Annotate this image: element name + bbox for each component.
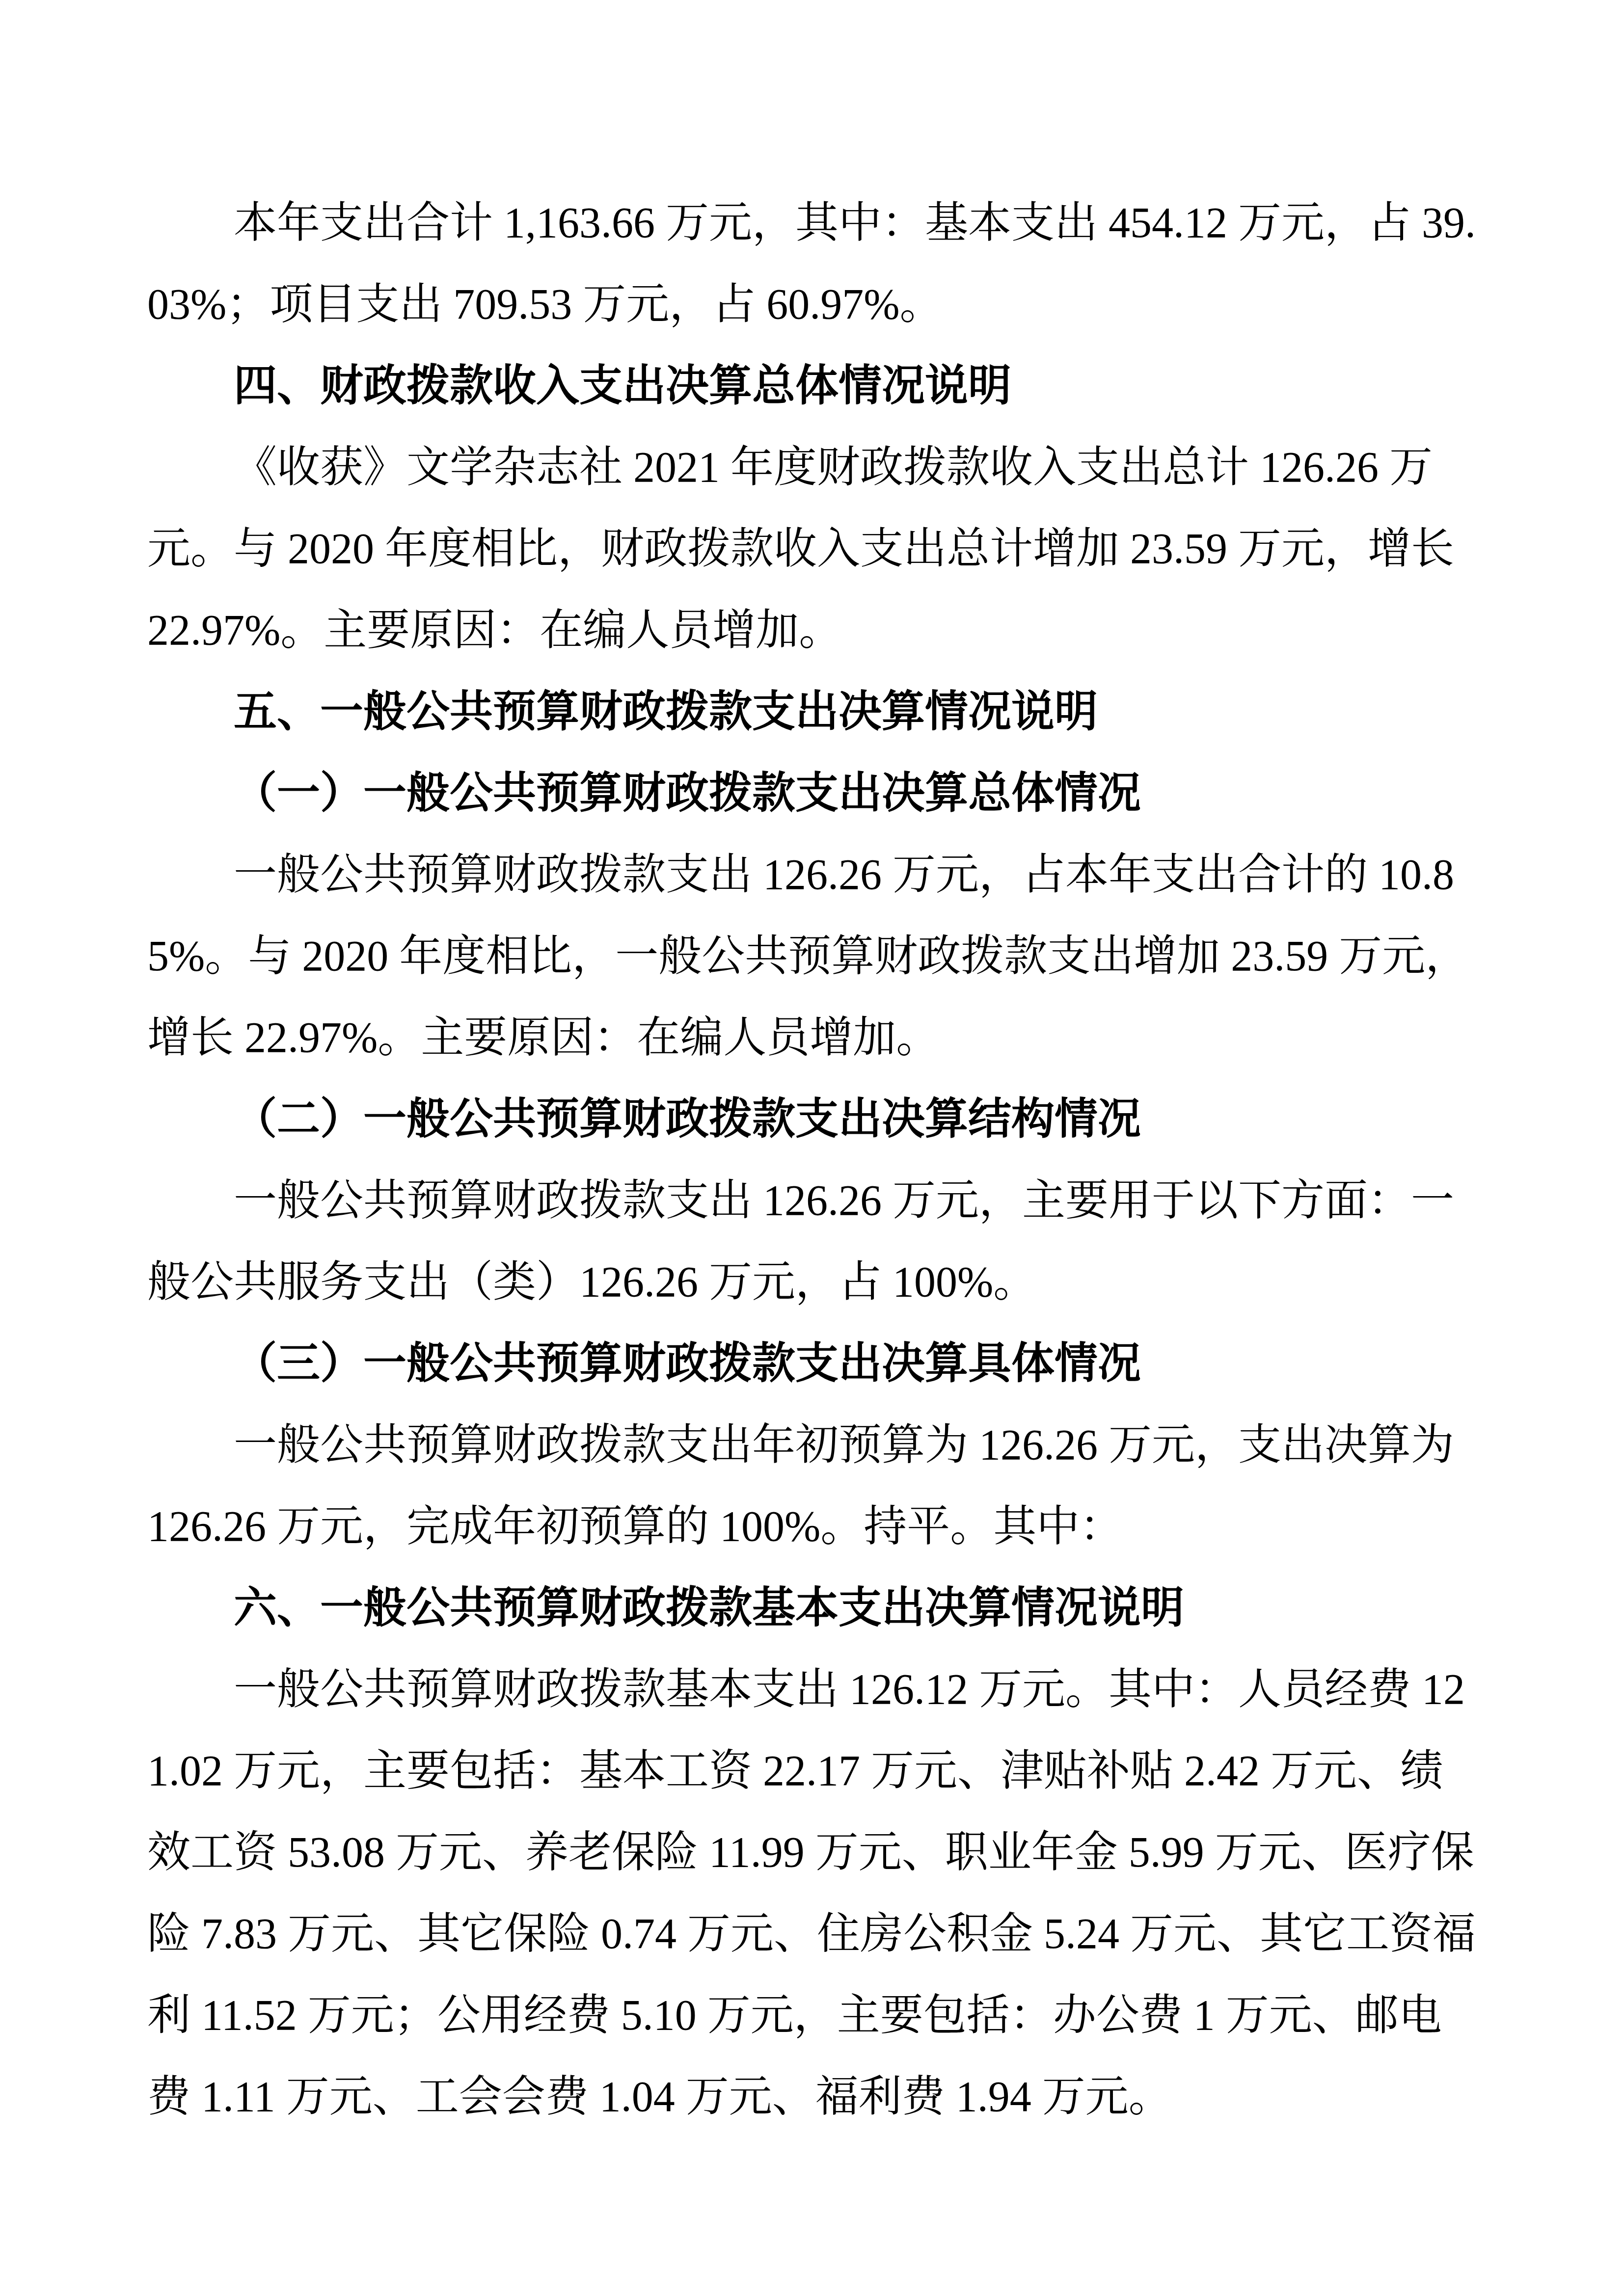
paragraph-general-budget-overall: 一般公共预算财政拨款支出 126.26 万元，占本年支出合计的 10.85%。与… bbox=[147, 834, 1481, 1079]
paragraph-general-budget-specific: 一般公共预算财政拨款支出年初预算为 126.26 万元，支出决算为 126.26… bbox=[147, 1405, 1481, 1568]
section-heading-4-fiscal-appropriation-overview: 四、财政拨款收入支出决算总体情况说明 bbox=[147, 346, 1481, 427]
paragraph-fiscal-appropriation-total: 《收获》文学杂志社 2021 年度财政拨款收入支出总计 126.26 万元。与 … bbox=[147, 427, 1481, 671]
document-body-text: 本年支出合计 1,163.66 万元，其中：基本支出 454.12 万元，占 3… bbox=[147, 183, 1481, 2138]
paragraph-basic-expenditure-breakdown: 一般公共预算财政拨款基本支出 126.12 万元。其中：人员经费 121.02 … bbox=[147, 1649, 1481, 2138]
subsection-heading-5-2-structure-situation: （二）一般公共预算财政拨款支出决算结构情况 bbox=[147, 1079, 1481, 1160]
section-heading-6-basic-expenditure: 六、一般公共预算财政拨款基本支出决算情况说明 bbox=[147, 1568, 1481, 1649]
section-heading-5-general-budget-expenditure: 五、一般公共预算财政拨款支出决算情况说明 bbox=[147, 671, 1481, 753]
paragraph-annual-expenditure-total: 本年支出合计 1,163.66 万元，其中：基本支出 454.12 万元，占 3… bbox=[147, 183, 1481, 346]
paragraph-general-budget-structure: 一般公共预算财政拨款支出 126.26 万元，主要用于以下方面：一般公共服务支出… bbox=[147, 1160, 1481, 1323]
subsection-heading-5-3-specific-situation: （三）一般公共预算财政拨款支出决算具体情况 bbox=[147, 1323, 1481, 1405]
document-page: 本年支出合计 1,163.66 万元，其中：基本支出 454.12 万元，占 3… bbox=[0, 0, 1624, 2296]
subsection-heading-5-1-overall-situation: （一）一般公共预算财政拨款支出决算总体情况 bbox=[147, 753, 1481, 834]
